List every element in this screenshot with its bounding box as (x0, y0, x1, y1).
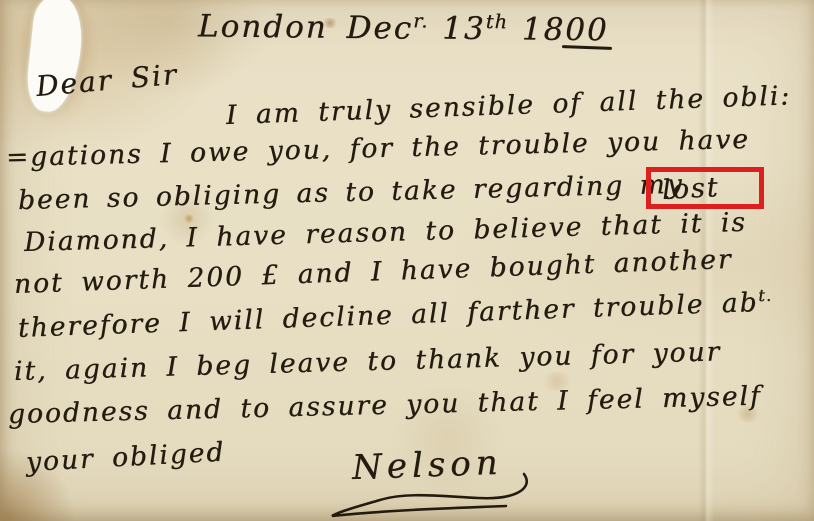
body-line-7: it, again I beg leave to thank you for y… (14, 336, 722, 387)
dateline-sup-r: r. (413, 9, 428, 32)
body-line-8: goodness and to assure you that I feel m… (8, 381, 763, 430)
dateline-sup-th: th (486, 10, 508, 33)
letter-photo: London Decr.13th1800 Dear Sir I am truly… (0, 0, 814, 521)
dateline-city-month: London Dec (198, 8, 413, 46)
body-line-1: I am truly sensible of all the obli: (225, 80, 791, 131)
body-line-3: been so obliging as to take regarding my (18, 169, 684, 216)
body-line-6-sup: t. (758, 286, 772, 305)
signature: Nelson (351, 443, 503, 488)
body-line-2: =gations I owe you, for the trouble you … (6, 124, 751, 173)
dateline: London Decr.13th1800 (198, 7, 609, 49)
date-underline-stroke (562, 45, 612, 50)
closing-line: your obliged (25, 437, 226, 478)
annotation-box (646, 167, 764, 209)
dateline-day: 13 (442, 11, 486, 47)
dateline-year: 1800 (522, 12, 609, 49)
